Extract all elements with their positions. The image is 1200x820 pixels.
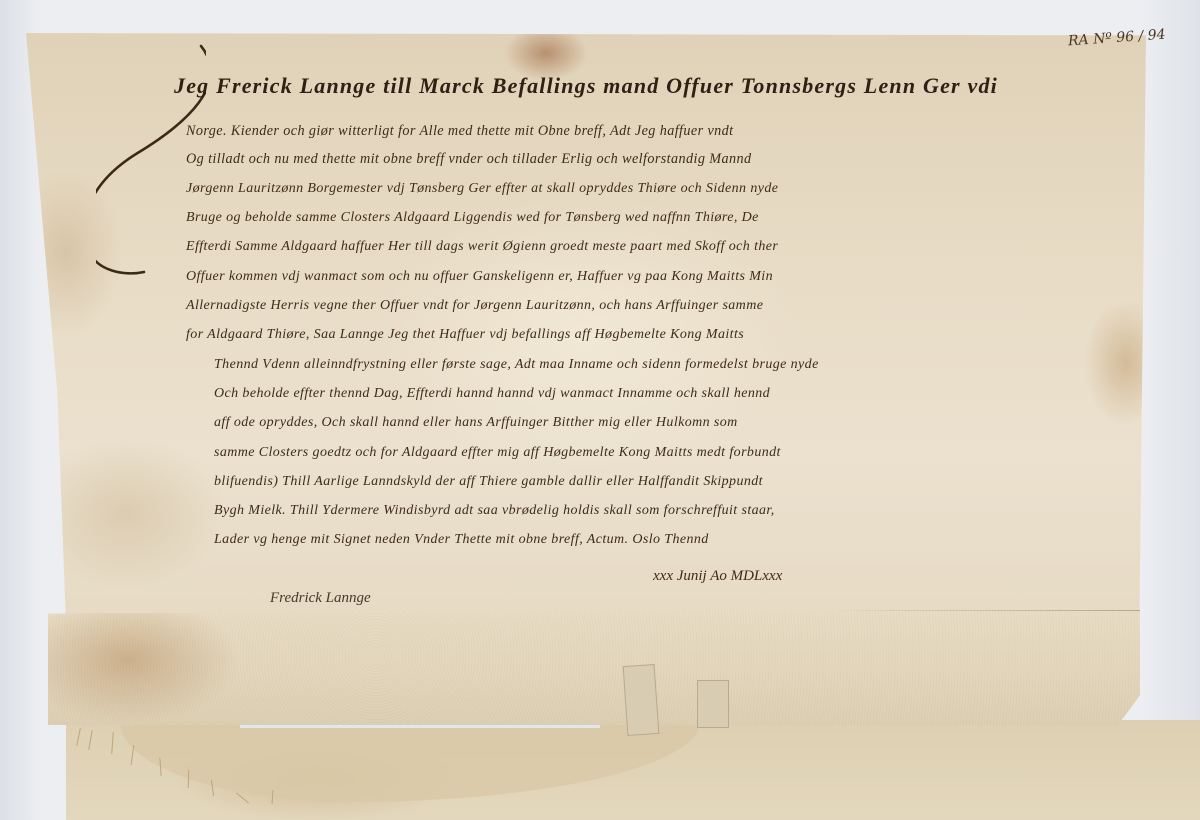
letter-line: Offuer kommen vdj wanmact som och nu off…	[186, 269, 773, 285]
letter-line: aff ode opryddes, Och skall hannd eller …	[214, 415, 738, 431]
leather-seal-tag-band	[48, 610, 1140, 725]
date-line: xxx Junij Ao MDLxxx	[653, 568, 782, 585]
letter-line: Thennd Vdenn alleinndfrystning eller før…	[214, 357, 819, 373]
seal-strap	[697, 680, 729, 728]
letter-line: Lader vg henge mit Signet neden Vnder Th…	[214, 532, 709, 548]
letter-line: blifuendis) Thill Aarlige Lanndskyld der…	[214, 474, 763, 490]
letter-line: Bruge og beholde samme Closters Aldgaard…	[186, 210, 759, 226]
letter-line: Effterdi Samme Aldgaard haffuer Her till…	[186, 239, 778, 255]
letter-line: Allernadigste Herris vegne ther Offuer v…	[186, 298, 763, 314]
letter-line: Jørgenn Lauritzønn Borgemester vdj Tønsb…	[186, 181, 778, 197]
letter-line: Jeg Frerick Lannge till Marck Befallings…	[174, 73, 998, 99]
letter-line: samme Closters goedtz och for Aldgaard e…	[214, 445, 781, 461]
letter-line: Og tilladt och nu med thette mit obne br…	[186, 151, 751, 168]
letter-line: for Aldgaard Thiøre, Saa Lannge Jeg thet…	[186, 327, 744, 343]
letter-line: Och beholde effter thennd Dag, Effterdi …	[214, 386, 770, 402]
signature: Fredrick Lannge	[270, 590, 371, 607]
letter-line: Bygh Mielk. Thill Ydermere Windisbyrd ad…	[214, 503, 775, 519]
seal-strap	[623, 664, 660, 736]
letter-line: Norge. Kiender och giør witterligt for A…	[186, 123, 733, 140]
